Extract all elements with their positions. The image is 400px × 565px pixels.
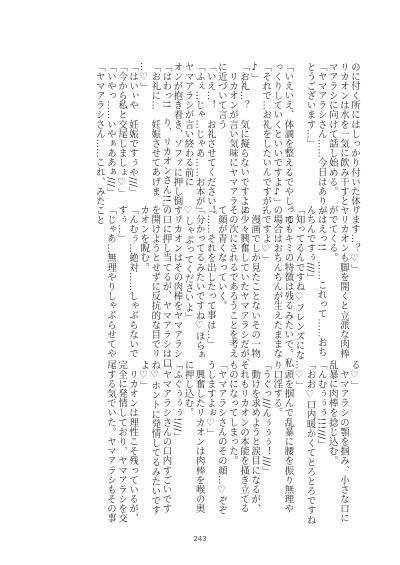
text-line: 「お礼に… 妊娠させてあげま xyxy=(149,62,160,187)
text-line: 「知ってるんですね♡フレンズにな xyxy=(293,205,304,357)
text-line: の口に押し当てるが、ヤマアラシは口 xyxy=(160,205,171,357)
text-line: マアラシに向けて話し始める。 xyxy=(327,62,338,187)
text-line: とうございます…」 xyxy=(305,62,316,187)
text-line: リカオンは理性こそ残っているが、 xyxy=(127,360,138,528)
text-line: ヤマアラシが言い終わる前に xyxy=(183,62,194,187)
text-line: 漫画でしか見たことないその一物 xyxy=(249,205,260,357)
text-line: 「分かってるみたいですね♡ほらぁ xyxy=(194,205,205,357)
page-number: 243 xyxy=(0,535,400,543)
text-line: 「じゃあ…無理やりしゃぶらせてや xyxy=(105,205,116,357)
text-line: 「ヤマアラシさん……これ、みたこと xyxy=(94,62,105,187)
text-line: ります…？♡」 xyxy=(349,205,360,357)
text-line: リカオンも脚を開くと立派な肉棒 xyxy=(338,205,349,357)
text-line: のに付く所にはしっかり付いた体。 xyxy=(349,62,360,187)
text-line: よ♡」 xyxy=(138,360,149,528)
text-line: リカオンが言い気味にヤマアラ xyxy=(227,62,238,187)
text-line: 完全に発情しており、ヤマアラシを交 xyxy=(116,360,127,528)
text-line: る♡」 xyxy=(349,360,360,528)
text-line: に近づいて言う xyxy=(216,62,227,187)
text-line: オンが抱き着き、ソファに押し倒す。 xyxy=(171,62,182,187)
text-line: ♡しゃぶってくださいよ」 xyxy=(183,205,194,357)
text-line: 「うぐっ///んぅぅぅ！///」 xyxy=(260,360,271,528)
text-line: 「はえっ!! ……これって……おち xyxy=(316,205,327,357)
text-line: リカオンは水を一気に飲み干すとヤ xyxy=(338,62,349,187)
text-line: カオンを睨む。 xyxy=(138,205,149,357)
text-line: がでてくる。 xyxy=(327,205,338,357)
text-line: 頭を掴んで乱暴に腰を振り無理や xyxy=(282,360,293,528)
text-line: 「ヤマアラシさんのその顔…♡ぞぞ xyxy=(216,360,227,528)
text-block-bottom: る♡」 ヤマアラシの顎を掴み、小さな口に乱暴に肉棒を捻じ込む。「んむぅぅぅ!!!… xyxy=(105,360,360,528)
text-line: リカオンはその肉棒をヤマアラシ xyxy=(171,205,182,357)
text-line: 動けを求めようと涙目になるが、 xyxy=(249,360,260,528)
text-line: 「いえ…！ お礼させてください！ xyxy=(205,62,216,187)
text-line: て顔が青くなっていく。 xyxy=(216,205,227,357)
text-line: 「それで…お礼をしたいんですが… xyxy=(260,62,271,187)
text-line: …♡」 xyxy=(138,62,149,187)
text-line: 「ふぐぅぅぅ!///」 xyxy=(171,360,182,528)
text-line: …♡」 xyxy=(293,360,304,528)
text-block-middle: ります…？♡」 リカオンも脚を開くと立派な肉棒がでてくる。「はえっ!! ……これ… xyxy=(105,205,360,357)
text-line: 「いえいえ、体調を整えるでやし。ゆ xyxy=(282,62,293,187)
text-line: に押し込む。 xyxy=(183,360,194,528)
text-line: ってもキミの特徴は残るみたいで。私 xyxy=(282,205,293,357)
text-line: 「いやっ……いやぁああぁ///」 xyxy=(105,62,116,187)
text-line: んですよ♡」 xyxy=(260,205,271,357)
text-line: 「ふぇ…じゃ…じゃあ……お本が」 xyxy=(194,62,205,187)
text-line: すぅ…」 xyxy=(116,205,127,357)
text-line: ヤマアラシの顎を掴み、小さな口に xyxy=(338,360,349,528)
text-line: 「ヤマアラシさんの口内すごいです xyxy=(160,360,171,528)
text-block-top: のに付く所にはしっかり付いた体。リカオンは水を一気に飲み干すとヤマアラシに向けて… xyxy=(94,62,360,187)
text-line: ね♡ホントに発情してるみたいです xyxy=(149,360,160,528)
text-line: 「おお♡口内暖かくてとろとろですね xyxy=(305,360,316,528)
text-line: それもリカオンの本能を掻き立てる xyxy=(238,360,249,528)
text-line: に少々興奮していたヤマアラシだが、 xyxy=(238,205,249,357)
text-line: ♪」 xyxy=(249,62,260,187)
text-line: 「はわっ!! り、リカオンさん!!」 xyxy=(160,62,171,187)
text-line: 尾する気でいた。ヤマアラシもその事 xyxy=(105,360,116,528)
text-line: を開けようとせずに反抗的な目でリ xyxy=(149,205,160,357)
text-line: ものになってしまった。 xyxy=(227,360,238,528)
text-line: 「はいぃや 妊娠ですぅや///」 xyxy=(127,62,138,187)
text-line: り口淫する。 xyxy=(271,360,282,528)
text-line: 「お礼…？ 気に擬らないですよぉ xyxy=(238,62,249,187)
text-line: 「今から私と交尾しましょ♡」 xyxy=(116,62,127,187)
text-line: その次にされるであろうことを考え xyxy=(227,205,238,357)
text-line: っくりしていくといいですよ♪」 xyxy=(271,62,282,187)
text-line xyxy=(293,62,304,187)
text-line: 「んむぅぅぅ!!!///」 xyxy=(316,360,327,528)
text-line: 「ヤマアラシさん……今日はありが xyxy=(316,62,327,187)
text-line: 「……それを出したって事は…」 xyxy=(205,205,216,357)
text-line: 乱暴に肉棒を捻じ込む。 xyxy=(327,360,338,528)
text-line: の場合はおちんちんが生えたままな xyxy=(271,205,282,357)
text-line: んちんですぅ///」 xyxy=(305,205,316,357)
text-line: 興奮したリカオンは肉棒を喉の奥 xyxy=(194,360,205,528)
text-line: うしますよぉ♡」 xyxy=(205,360,216,528)
text-line: 「んむぅ…絶対……しゃぶらないで xyxy=(127,205,138,357)
